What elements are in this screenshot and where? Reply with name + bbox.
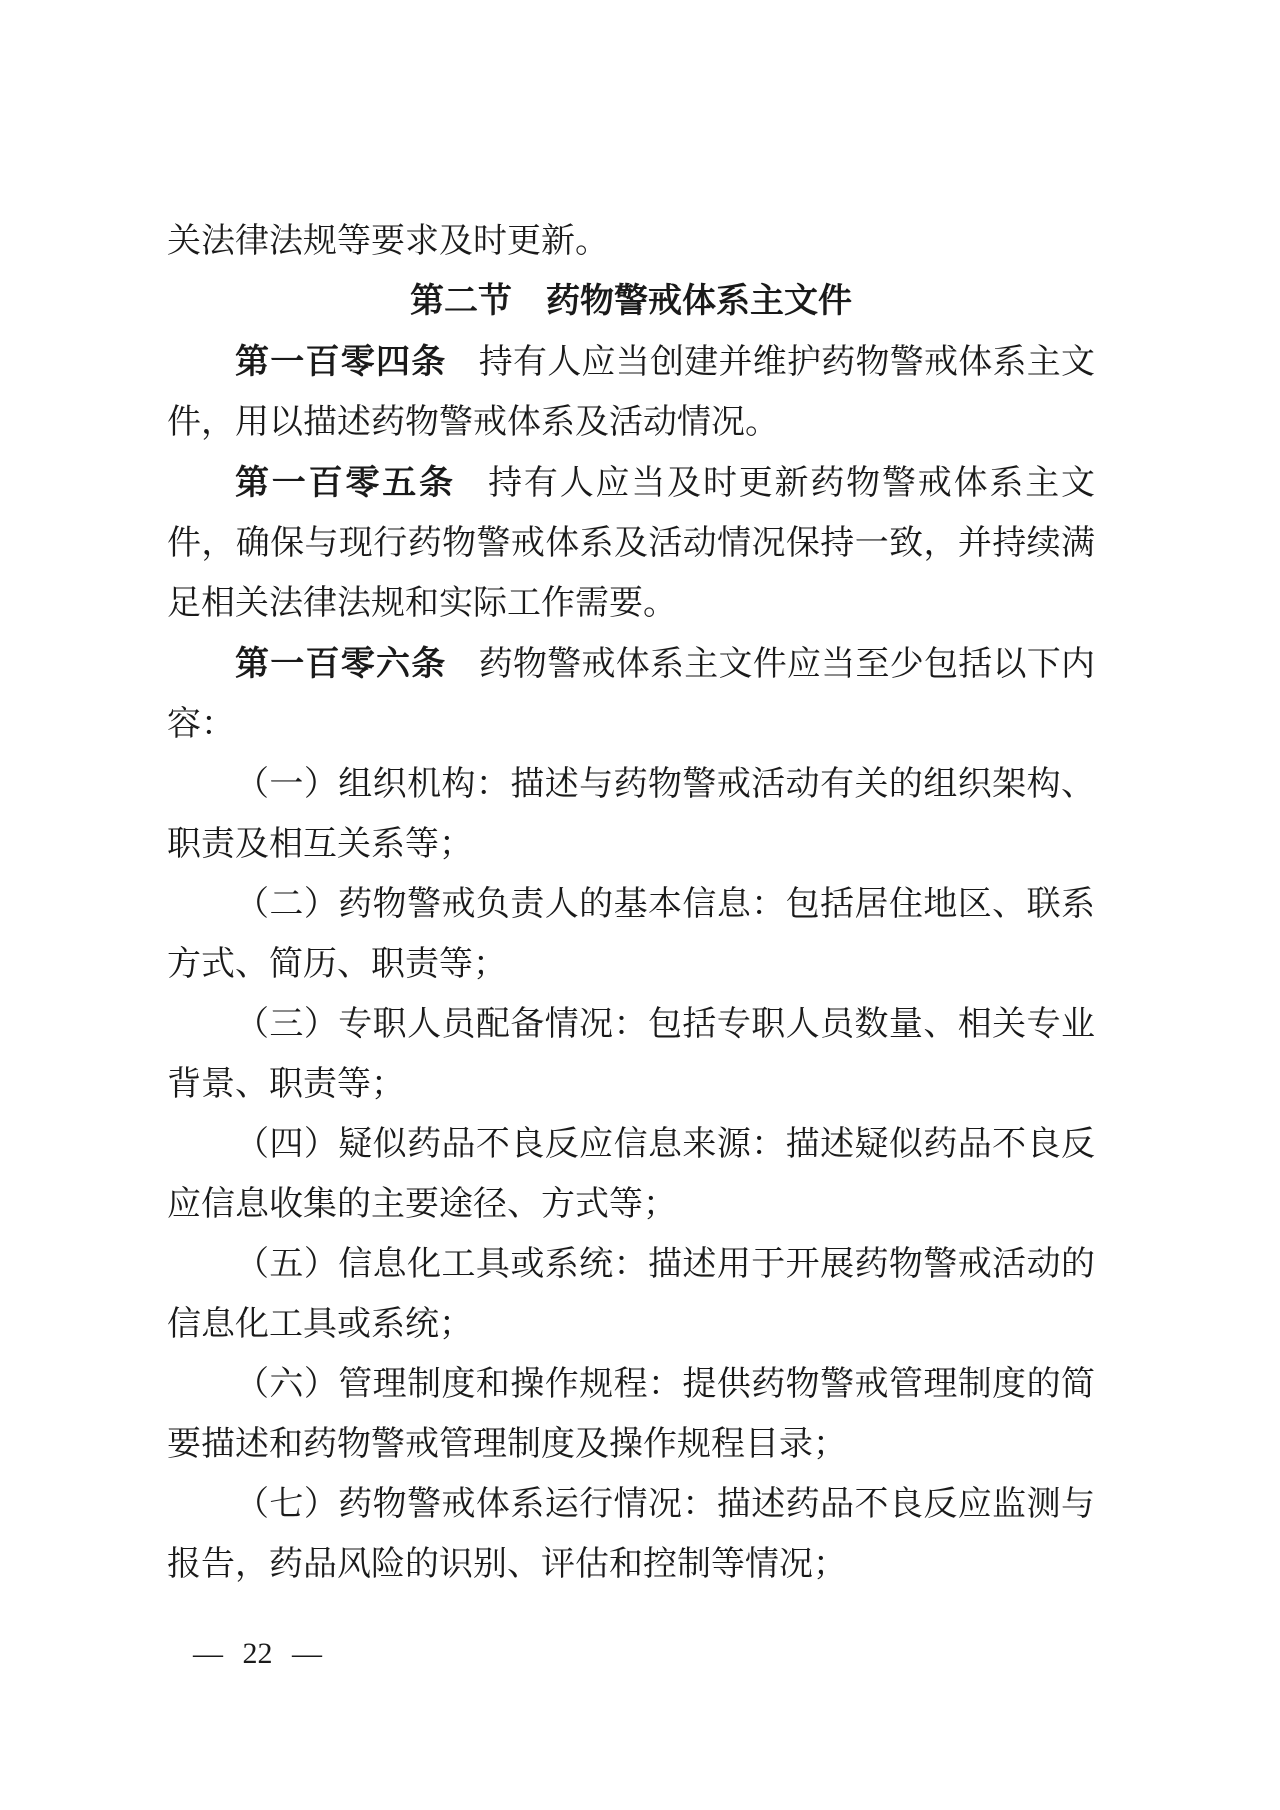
section-title: 药物警戒体系主文件 xyxy=(546,283,852,320)
article-paragraph-105: 第一百零五条持有人应当及时更新药物警戒体系主文件，确保与现行药物警戒体系及活动情… xyxy=(167,453,1095,634)
document-page: 关法律法规等要求及时更新。 第二节药物警戒体系主文件 第一百零四条持有人应当创建… xyxy=(0,0,1280,1810)
list-item-2: （二）药物警戒负责人的基本信息：包括居住地区、联系方式、简历、职责等； xyxy=(167,875,1095,995)
article-paragraph-104: 第一百零四条持有人应当创建并维护药物警戒体系主文件，用以描述药物警戒体系及活动情… xyxy=(167,332,1095,453)
page-footer: — 22 — xyxy=(193,1632,322,1676)
list-item-4: （四）疑似药品不良反应信息来源：描述疑似药品不良反应信息收集的主要途径、方式等； xyxy=(167,1115,1095,1235)
body-text: 关法律法规等要求及时更新。 第二节药物警戒体系主文件 第一百零四条持有人应当创建… xyxy=(167,212,1095,1595)
list-item-7: （七）药物警戒体系运行情况：描述药品不良反应监测与报告，药品风险的识别、评估和控… xyxy=(167,1475,1095,1595)
list-item-1: （一）组织机构：描述与药物警戒活动有关的组织架构、职责及相互关系等； xyxy=(167,755,1095,875)
section-number: 第二节 xyxy=(410,283,512,320)
section-heading: 第二节药物警戒体系主文件 xyxy=(167,272,1095,332)
list-item-3: （三）专职人员配备情况：包括专职人员数量、相关专业背景、职责等； xyxy=(167,995,1095,1115)
article-number-104: 第一百零四条 xyxy=(235,343,447,381)
continuation-paragraph: 关法律法规等要求及时更新。 xyxy=(167,212,1095,272)
article-paragraph-106: 第一百零六条药物警戒体系主文件应当至少包括以下内容： xyxy=(167,634,1095,755)
list-item-5: （五）信息化工具或系统：描述用于开展药物警戒活动的信息化工具或系统； xyxy=(167,1235,1095,1355)
list-item-6: （六）管理制度和操作规程：提供药物警戒管理制度的简要描述和药物警戒管理制度及操作… xyxy=(167,1355,1095,1475)
page-number: — 22 — xyxy=(193,1637,322,1670)
article-number-106: 第一百零六条 xyxy=(235,645,447,683)
article-number-105: 第一百零五条 xyxy=(235,464,456,502)
